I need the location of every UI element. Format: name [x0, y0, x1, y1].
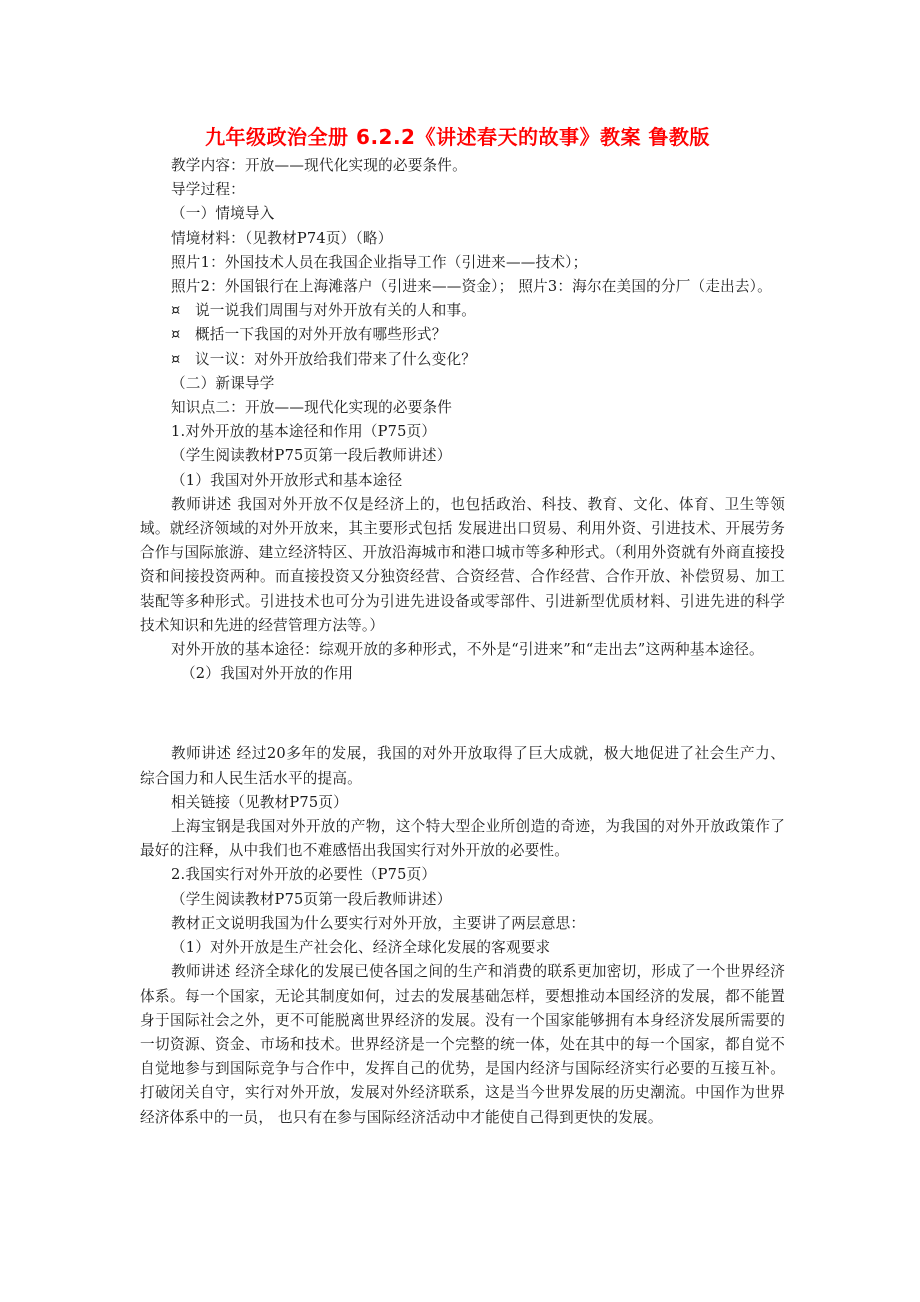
paragraph: （一）情境导入: [140, 202, 785, 226]
paragraph-text: 概括一下我国的对外开放有哪些形式？: [195, 326, 447, 343]
paragraph-text: （一）情境导入: [171, 205, 275, 222]
document-title: 九年级政治全册 6.2.2《讲述春天的故事》教案 鲁教版: [130, 120, 785, 154]
paragraph: 情境材料：（见教材P74页）（略）: [140, 227, 785, 251]
paragraph-text: （学生阅读教材P75页第一段后教师讲述）: [171, 447, 452, 464]
paragraph: （学生阅读教材P75页第一段后教师讲述）: [140, 888, 785, 912]
paragraph: 知识点二：开放——现代化实现的必要条件: [140, 396, 785, 420]
paragraph: 教材正文说明我国为什么要实行对外开放，主要讲了两层意思：: [140, 912, 785, 936]
paragraph-text: （二）新课导学: [171, 375, 275, 392]
paragraph: 教学内容：开放——现代化实现的必要条件。: [140, 154, 785, 178]
paragraph-text: 教学内容：开放——现代化实现的必要条件。: [171, 157, 467, 174]
paragraph: （1）对外开放是生产社会化、经济全球化发展的客观要求: [140, 936, 785, 960]
paragraph-text: 议一议：对外开放给我们带来了什么变化？: [195, 351, 476, 368]
paragraph: （二）新课导学: [140, 372, 785, 396]
bullet-item: ¤议一议：对外开放给我们带来了什么变化？: [140, 348, 785, 372]
paragraph: 相关链接（见教材P75页）: [140, 791, 785, 815]
paragraph-text: （1）我国对外开放形式和基本途径: [171, 472, 402, 489]
document-body: 教学内容：开放——现代化实现的必要条件。导学过程：（一）情境导入情境材料：（见教…: [140, 154, 785, 1130]
paragraph-text: 相关链接（见教材P75页）: [171, 794, 348, 811]
paragraph-text: 对外开放的基本途径：综观开放的多种形式，不外是“引进来”和“走出去”这两种基本途…: [171, 641, 764, 658]
paragraph-text: 情境材料：（见教材P74页）（略）: [171, 230, 393, 247]
bullet-icon: ¤: [171, 299, 195, 323]
paragraph: （2）我国对外开放的作用: [140, 662, 785, 686]
paragraph: 照片1：外国技术人员在我国企业指导工作（引进来——技术）；: [140, 251, 785, 275]
document-page: 九年级政治全册 6.2.2《讲述春天的故事》教案 鲁教版 教学内容：开放——现代…: [140, 120, 785, 1130]
bullet-item: ¤概括一下我国的对外开放有哪些形式？: [140, 323, 785, 347]
paragraph: 上海宝钢是我国对外开放的产物，这个特大型企业所创造的奇迹，为我国的对外开放政策作…: [140, 815, 785, 863]
paragraph-text: 上海宝钢是我国对外开放的产物，这个特大型企业所创造的奇迹，为我国的对外开放政策作…: [140, 818, 785, 859]
paragraph: 教师讲述 我国对外开放不仅是经济上的，也包括政治、科技、教育、文化、体育、卫生等…: [140, 493, 785, 638]
paragraph-text: （2）我国对外开放的作用: [181, 665, 353, 682]
bullet-item: ¤说一说我们周围与对外开放有关的人和事。: [140, 299, 785, 323]
paragraph-text: 照片2：外国银行在上海滩落户（引进来——资金）； 照片3：海尔在美国的分厂（走出…: [171, 278, 772, 295]
blank-line: [140, 702, 785, 726]
bullet-icon: ¤: [171, 323, 195, 347]
paragraph-text: 说一说我们周围与对外开放有关的人和事。: [195, 302, 476, 319]
paragraph-text: 导学过程：: [171, 181, 245, 198]
paragraph: 导学过程：: [140, 178, 785, 202]
paragraph-text: 2.我国实行对外开放的必要性（P75页）: [171, 866, 436, 883]
paragraph-text: 知识点二：开放——现代化实现的必要条件: [171, 399, 452, 416]
paragraph-text: 教师讲述 经过20多年的发展，我国的对外开放取得了巨大成就，极大地促进了社会生产…: [140, 745, 785, 786]
paragraph-text: 照片1：外国技术人员在我国企业指导工作（引进来——技术）；: [171, 254, 587, 271]
paragraph-text: 教材正文说明我国为什么要实行对外开放，主要讲了两层意思：: [171, 915, 585, 932]
paragraph: 教师讲述 经济全球化的发展已使各国之间的生产和消费的联系更加密切，形成了一个世界…: [140, 960, 785, 1129]
paragraph-text: 1.对外开放的基本途径和作用（P75页）: [171, 423, 436, 440]
paragraph-text: （1）对外开放是生产社会化、经济全球化发展的客观要求: [171, 939, 550, 956]
paragraph: 照片2：外国银行在上海滩落户（引进来——资金）； 照片3：海尔在美国的分厂（走出…: [140, 275, 785, 299]
paragraph: （1）我国对外开放形式和基本途径: [140, 469, 785, 493]
paragraph: 2.我国实行对外开放的必要性（P75页）: [140, 863, 785, 887]
paragraph: （学生阅读教材P75页第一段后教师讲述）: [140, 444, 785, 468]
bullet-icon: ¤: [171, 348, 195, 372]
paragraph: 对外开放的基本途径：综观开放的多种形式，不外是“引进来”和“走出去”这两种基本途…: [140, 638, 785, 662]
paragraph-text: 教师讲述 经济全球化的发展已使各国之间的生产和消费的联系更加密切，形成了一个世界…: [140, 963, 785, 1125]
paragraph-text: 教师讲述 我国对外开放不仅是经济上的，也包括政治、科技、教育、文化、体育、卫生等…: [140, 496, 785, 634]
paragraph-text: （学生阅读教材P75页第一段后教师讲述）: [171, 891, 452, 908]
paragraph: 教师讲述 经过20多年的发展，我国的对外开放取得了巨大成就，极大地促进了社会生产…: [140, 742, 785, 790]
paragraph: 1.对外开放的基本途径和作用（P75页）: [140, 420, 785, 444]
